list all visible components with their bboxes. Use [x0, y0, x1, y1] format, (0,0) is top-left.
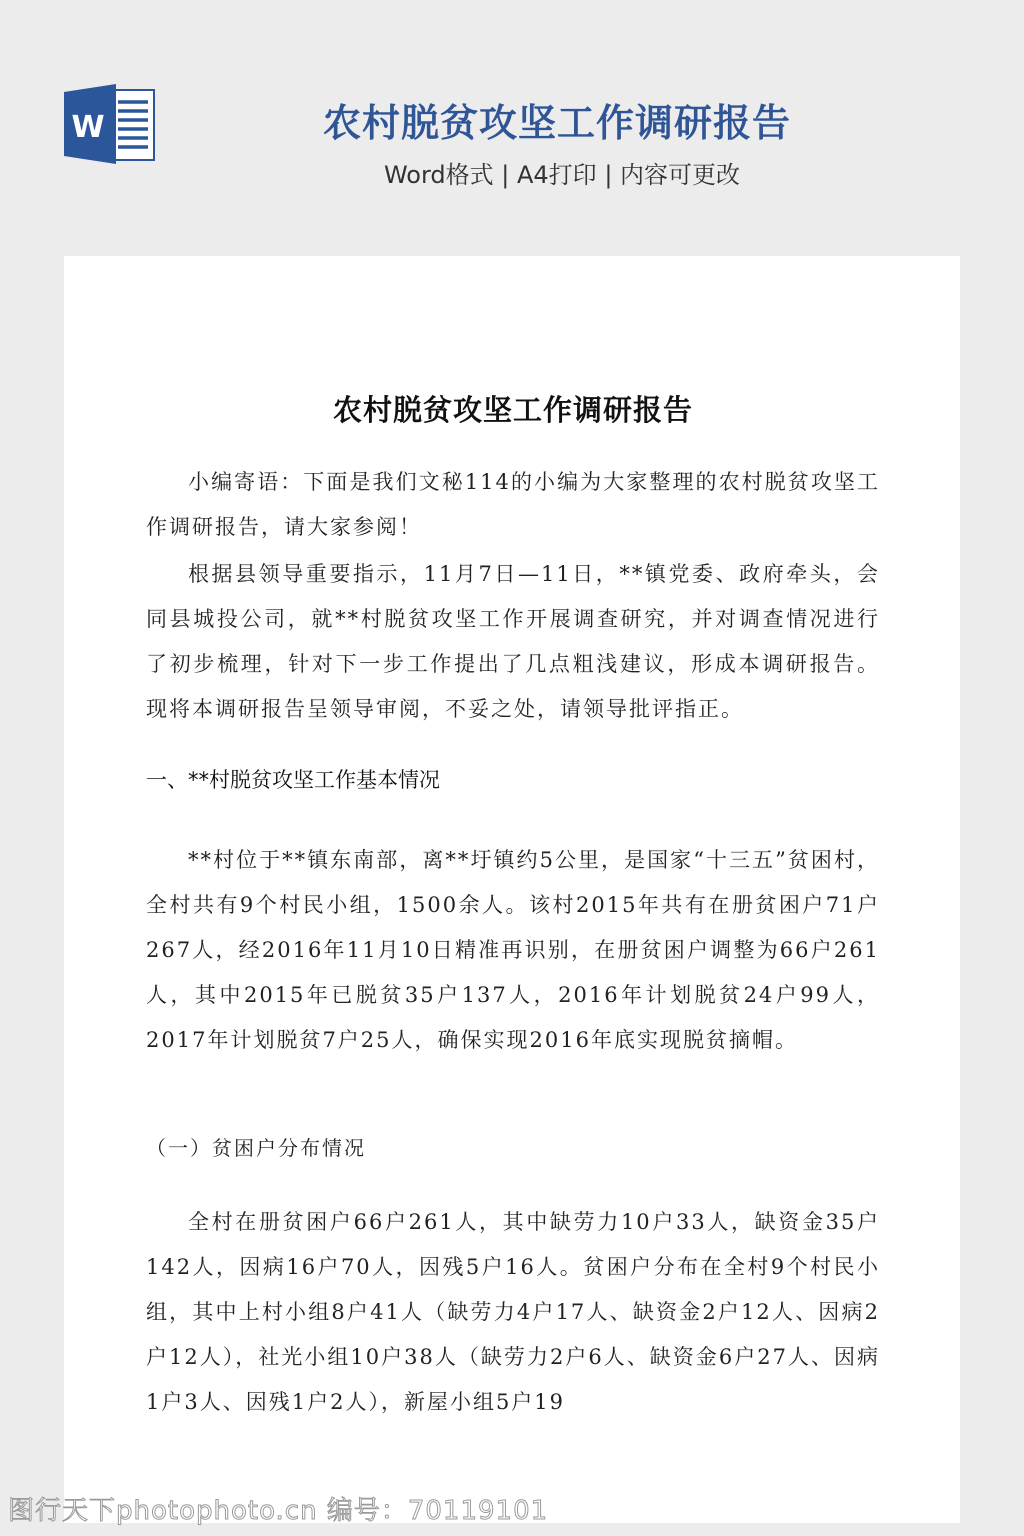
- watermark-text: 图行天下photophoto.cn 编号：70119101: [8, 1490, 548, 1527]
- intro-paragraph: 小编寄语：下面是我们文秘114的小编为大家整理的农村脱贫攻坚工作调研报告，请大家…: [146, 460, 880, 550]
- document-title: 农村脱贫攻坚工作调研报告: [146, 388, 880, 433]
- banner-subtitle: Word格式 | A4打印 | 内容可更改: [0, 155, 1024, 190]
- document-page: 农村脱贫攻坚工作调研报告 小编寄语：下面是我们文秘114的小编为大家整理的农村脱…: [64, 256, 960, 1523]
- header-banner: W 农村脱贫攻坚工作调研报告 Word格式 | A4打印 | 内容可更改: [0, 0, 1024, 256]
- subsection-paragraph: 全村在册贫困户66户261人，其中缺劳力10户33人，缺资金35户142人，因病…: [146, 1200, 880, 1425]
- section-heading: 一、**村脱贫攻坚工作基本情况: [146, 758, 440, 803]
- background-paragraph: 根据县领导重要指示，11月7日—11日，**镇党委、政府牵头，会同县城投公司，就…: [146, 552, 880, 732]
- banner-title: 农村脱贫攻坚工作调研报告: [0, 92, 1024, 147]
- subsection-heading: （一）贫困户分布情况: [146, 1126, 366, 1171]
- section-paragraph: **村位于**镇东南部，离**圩镇约5公里，是国家“十三五”贫困村，全村共有9个…: [146, 838, 880, 1063]
